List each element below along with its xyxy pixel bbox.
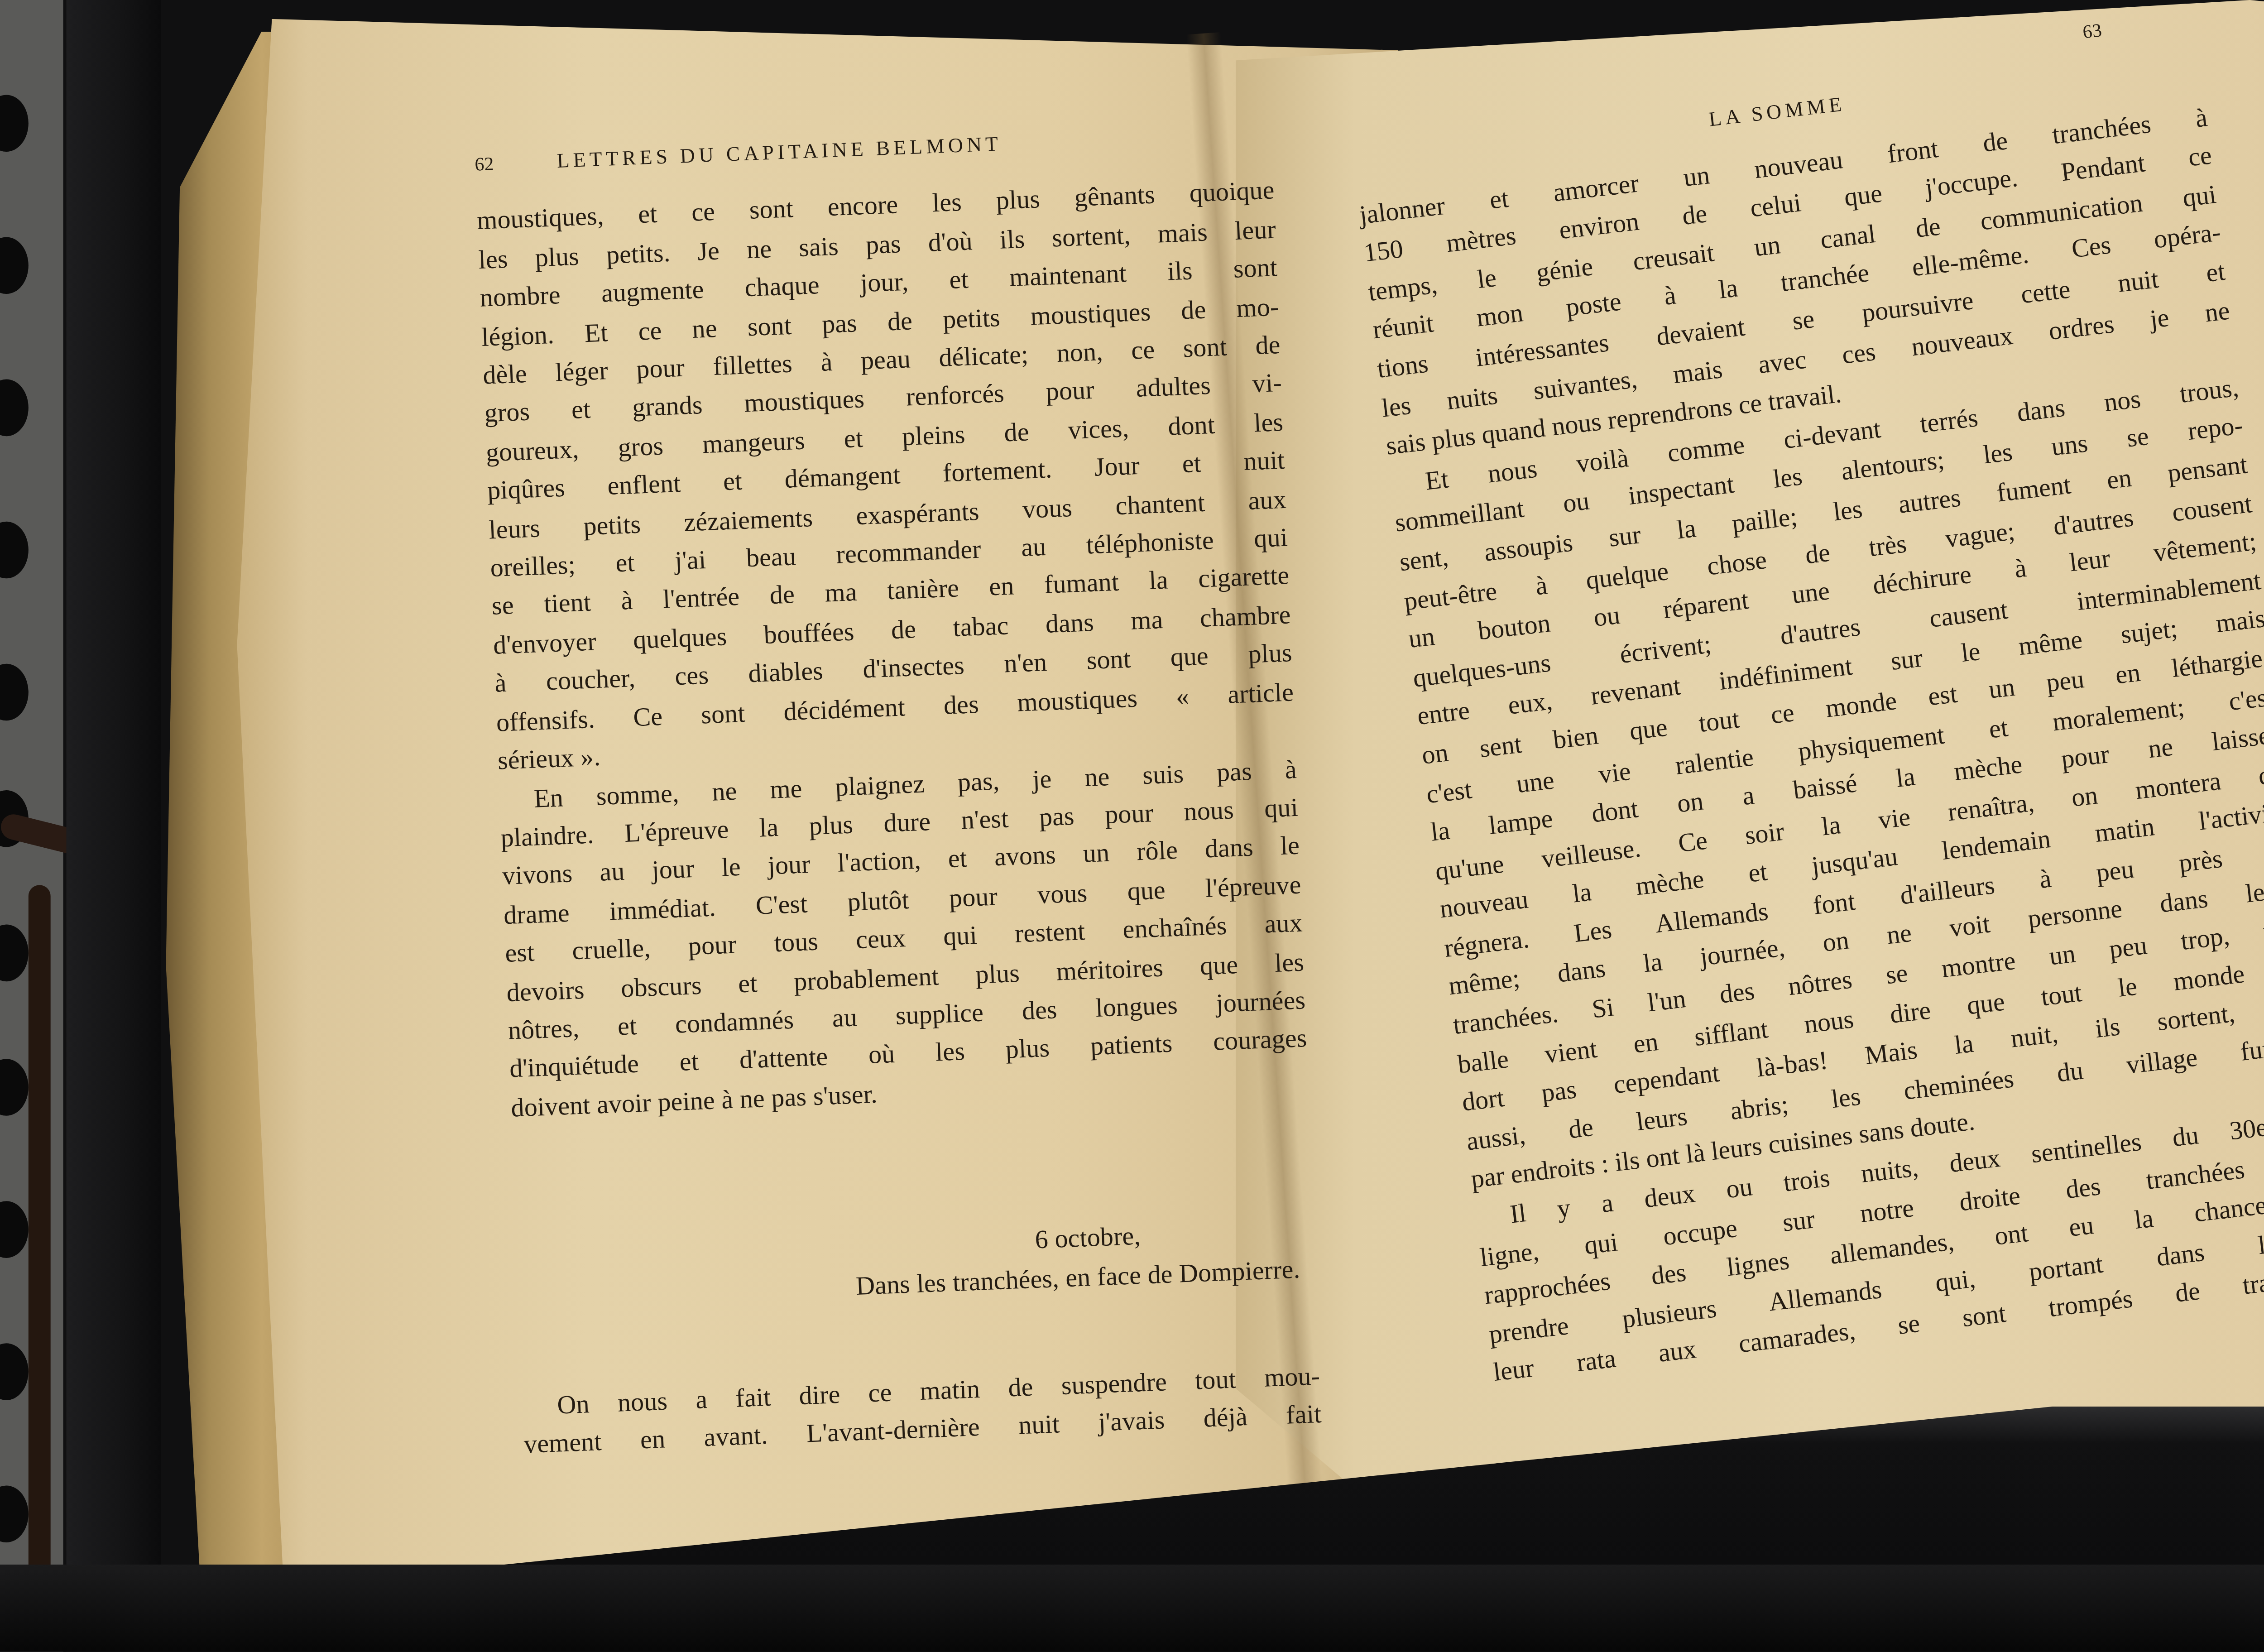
photo-stage: 62 LETTRES DU CAPITAINE BELMONT moustiqu…	[0, 0, 2264, 1652]
page-number: 62	[474, 144, 494, 184]
book-stand-base	[0, 1565, 2264, 1652]
left-page: 62 LETTRES DU CAPITAINE BELMONT moustiqu…	[474, 115, 1322, 1465]
paragraph: moustiques, et ce sont encore les plus g…	[476, 172, 1296, 781]
paragraph: En somme, ne me plaignez pas, je ne suis…	[499, 750, 1309, 1128]
right-page: LA SOMME 63 jalonner et amorcer un nouve…	[1351, 44, 2264, 1393]
paragraph: Et nous voilà comme ci-devant terrés dan…	[1389, 369, 2264, 1201]
open-book: 62 LETTRES DU CAPITAINE BELMONT moustiqu…	[0, 0, 2264, 1652]
